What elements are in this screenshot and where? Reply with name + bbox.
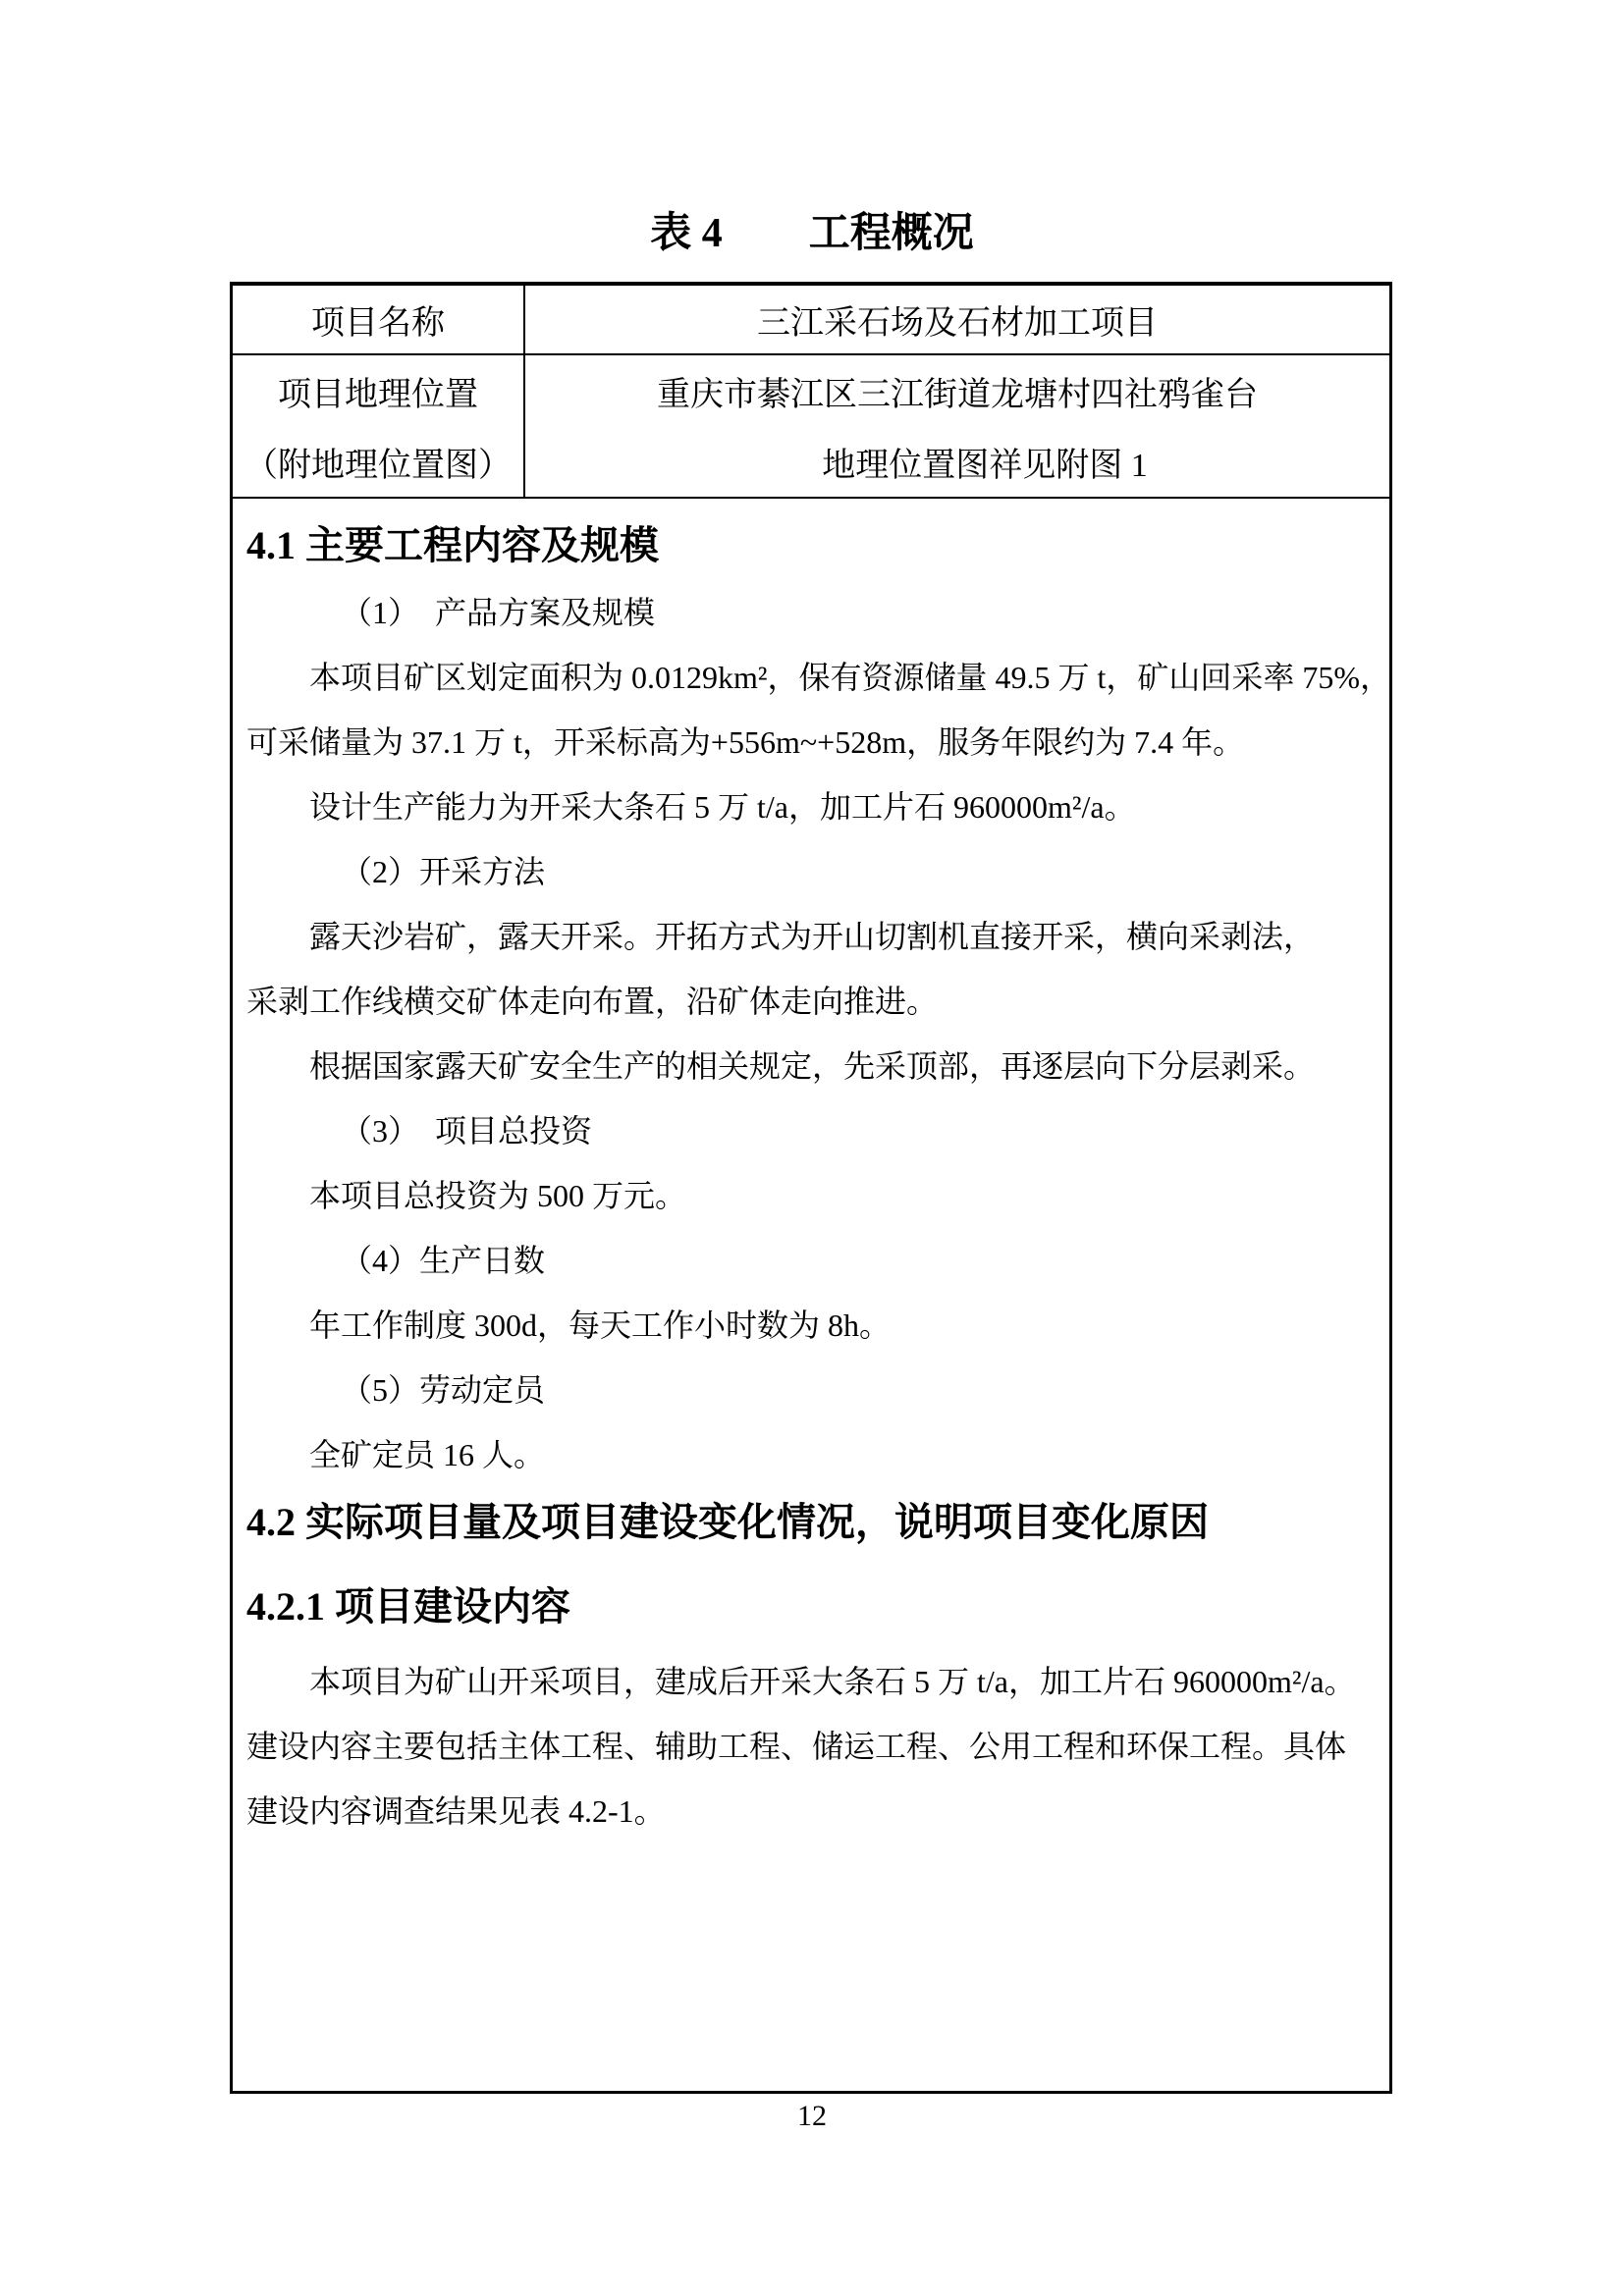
paragraph-line: 年工作制度 300d，每天工作小时数为 8h。 (246, 1293, 1376, 1358)
paragraph-line: 根据国家露天矿安全生产的相关规定，先采顶部，再逐层向下分层剥采。 (246, 1034, 1376, 1098)
paragraph-line: 建设内容调查结果见表 4.2-1。 (246, 1779, 1376, 1843)
document-title: 表 4 工程概况 (0, 204, 1624, 263)
document-page: 表 4 工程概况 项目名称 三江采石场及石材加工项目 项目地理位置 （附地理位置… (0, 0, 1624, 2296)
project-name-label: 项目名称 (311, 286, 445, 353)
paragraph-line: 本项目为矿山开采项目，建成后开采大条石 5 万 t/a，加工片石 960000m… (246, 1649, 1376, 1714)
paragraph-line: 全矿定员 16 人。 (246, 1422, 1376, 1487)
list-item-1: （1） 产品方案及规模 (246, 580, 1376, 645)
project-name-label-cell: 项目名称 (233, 286, 525, 353)
project-location-map-ref: 地理位置图祥见附图 1 (822, 426, 1148, 497)
list-item-2: （2）开采方法 (246, 839, 1376, 904)
project-info-table: 项目名称 三江采石场及石材加工项目 项目地理位置 （附地理位置图） 重庆市綦江区… (230, 282, 1392, 2094)
list-item-4: （4）生产日数 (246, 1228, 1376, 1293)
paragraph-line: 采剥工作线横交矿体走向布置，沿矿体走向推进。 (246, 969, 1376, 1034)
table-row-project-location: 项目地理位置 （附地理位置图） 重庆市綦江区三江街道龙塘村四社鸦雀台 地理位置图… (233, 355, 1389, 499)
paragraph-line: 可采储量为 37.1 万 t，开采标高为+556m~+528m，服务年限约为 7… (246, 710, 1376, 774)
main-content-cell: 4.1 主要工程内容及规模 （1） 产品方案及规模 本项目矿区划定面积为 0.0… (233, 499, 1389, 2091)
project-location-label-line2: （附地理位置图） (244, 426, 512, 497)
section-heading-4-1: 4.1 主要工程内容及规模 (246, 511, 1376, 580)
section-heading-4-2: 4.2 实际项目量及项目建设变化情况，说明项目变化原因 (246, 1487, 1376, 1558)
section-heading-4-2-1: 4.2.1 项目建设内容 (246, 1573, 1376, 1641)
paragraph-line: 建设内容主要包括主体工程、辅助工程、储运工程、公用工程和环保工程。具体 (246, 1714, 1376, 1779)
list-item-3: （3） 项目总投资 (246, 1098, 1376, 1163)
table-row-project-name: 项目名称 三江采石场及石材加工项目 (233, 286, 1389, 355)
project-location-label-line1: 项目地理位置 (278, 355, 478, 426)
table-title-text: 工程概况 (809, 204, 974, 263)
project-name-value: 三江采石场及石材加工项目 (757, 286, 1158, 353)
project-location-label-cell: 项目地理位置 （附地理位置图） (233, 355, 525, 497)
paragraph-line: 本项目总投资为 500 万元。 (246, 1163, 1376, 1228)
project-name-value-cell: 三江采石场及石材加工项目 (525, 286, 1389, 353)
table-number-label: 表 4 (650, 204, 723, 263)
list-item-5: （5）劳动定员 (246, 1358, 1376, 1422)
project-location-value-cell: 重庆市綦江区三江街道龙塘村四社鸦雀台 地理位置图祥见附图 1 (525, 355, 1389, 497)
page-number: 12 (0, 2097, 1624, 2136)
project-location-address: 重庆市綦江区三江街道龙塘村四社鸦雀台 (657, 355, 1258, 426)
paragraph-line: 本项目矿区划定面积为 0.0129km²，保有资源储量 49.5 万 t，矿山回… (246, 645, 1376, 710)
paragraph-line: 露天沙岩矿，露天开采。开拓方式为开山切割机直接开采，横向采剥法， (246, 904, 1376, 969)
table-row-content: 4.1 主要工程内容及规模 （1） 产品方案及规模 本项目矿区划定面积为 0.0… (233, 499, 1389, 2091)
paragraph-line: 设计生产能力为开采大条石 5 万 t/a，加工片石 960000m²/a。 (246, 774, 1376, 839)
